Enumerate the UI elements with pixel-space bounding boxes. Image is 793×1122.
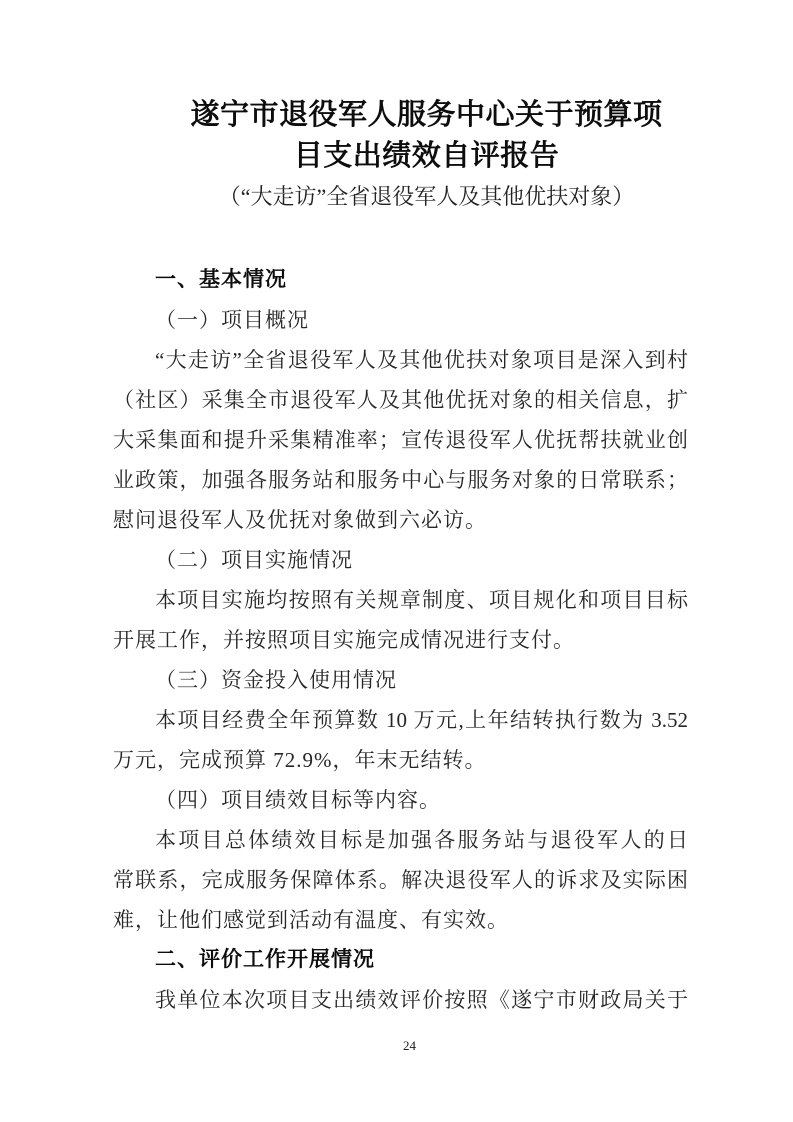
- body-line: 常联系，完成服务保障体系。解决退役军人的诉求及实际困: [113, 860, 688, 900]
- body-line: 开展工作，并按照项目实施完成情况进行支付。: [113, 620, 688, 660]
- subsection-heading-4: （四）项目绩效目标等内容。: [113, 780, 688, 820]
- body-line: （社区）采集全市退役军人及其他优抚对象的相关信息，扩: [113, 380, 688, 420]
- body-line: 难，让他们感觉到活动有温度、有实效。: [113, 900, 688, 940]
- body-line: 本项目经费全年预算数 10 万元,上年结转执行数为 3.52: [113, 700, 688, 740]
- subsection-heading-2: （二）项目实施情况: [113, 540, 688, 580]
- subsection-heading-1: （一）项目概况: [113, 300, 688, 340]
- document-page: 遂宁市退役军人服务中心关于预算项 目支出绩效自评报告 （“大走访”全省退役军人及…: [0, 0, 793, 1122]
- document-content: 遂宁市退役军人服务中心关于预算项 目支出绩效自评报告 （“大走访”全省退役军人及…: [113, 0, 688, 1054]
- page-number: 24: [113, 1038, 688, 1054]
- section-heading-2: 二、评价工作开展情况: [113, 940, 688, 980]
- body-line: 本项目总体绩效目标是加强各服务站与退役军人的日: [113, 820, 688, 860]
- section-heading-1: 一、基本情况: [113, 260, 688, 300]
- document-title-line2: 目支出绩效自评报告: [165, 136, 688, 177]
- subsection-heading-3: （三）资金投入使用情况: [113, 660, 688, 700]
- body-line: 慰问退役军人及优抚对象做到六必访。: [113, 500, 688, 540]
- body-line: 业政策，加强各服务站和服务中心与服务对象的日常联系；: [113, 460, 688, 500]
- body-line: 万元，完成预算 72.9%，年末无结转。: [113, 740, 688, 780]
- body-line: 大采集面和提升采集精准率；宣传退役军人优抚帮扶就业创: [113, 420, 688, 460]
- body-line: 我单位本次项目支出绩效评价按照《遂宁市财政局关于: [113, 980, 688, 1020]
- document-body: 一、基本情况 （一）项目概况 “大走访”全省退役军人及其他优扶对象项目是深入到村…: [113, 260, 688, 1020]
- document-title-line1: 遂宁市退役军人服务中心关于预算项: [165, 95, 688, 136]
- body-line: “大走访”全省退役军人及其他优扶对象项目是深入到村: [113, 340, 688, 380]
- body-line: 本项目实施均按照有关规章制度、项目规化和项目目标: [113, 580, 688, 620]
- document-subtitle: （“大走访”全省退役军人及其他优扶对象）: [113, 177, 688, 216]
- document-title: 遂宁市退役军人服务中心关于预算项 目支出绩效自评报告: [113, 0, 688, 177]
